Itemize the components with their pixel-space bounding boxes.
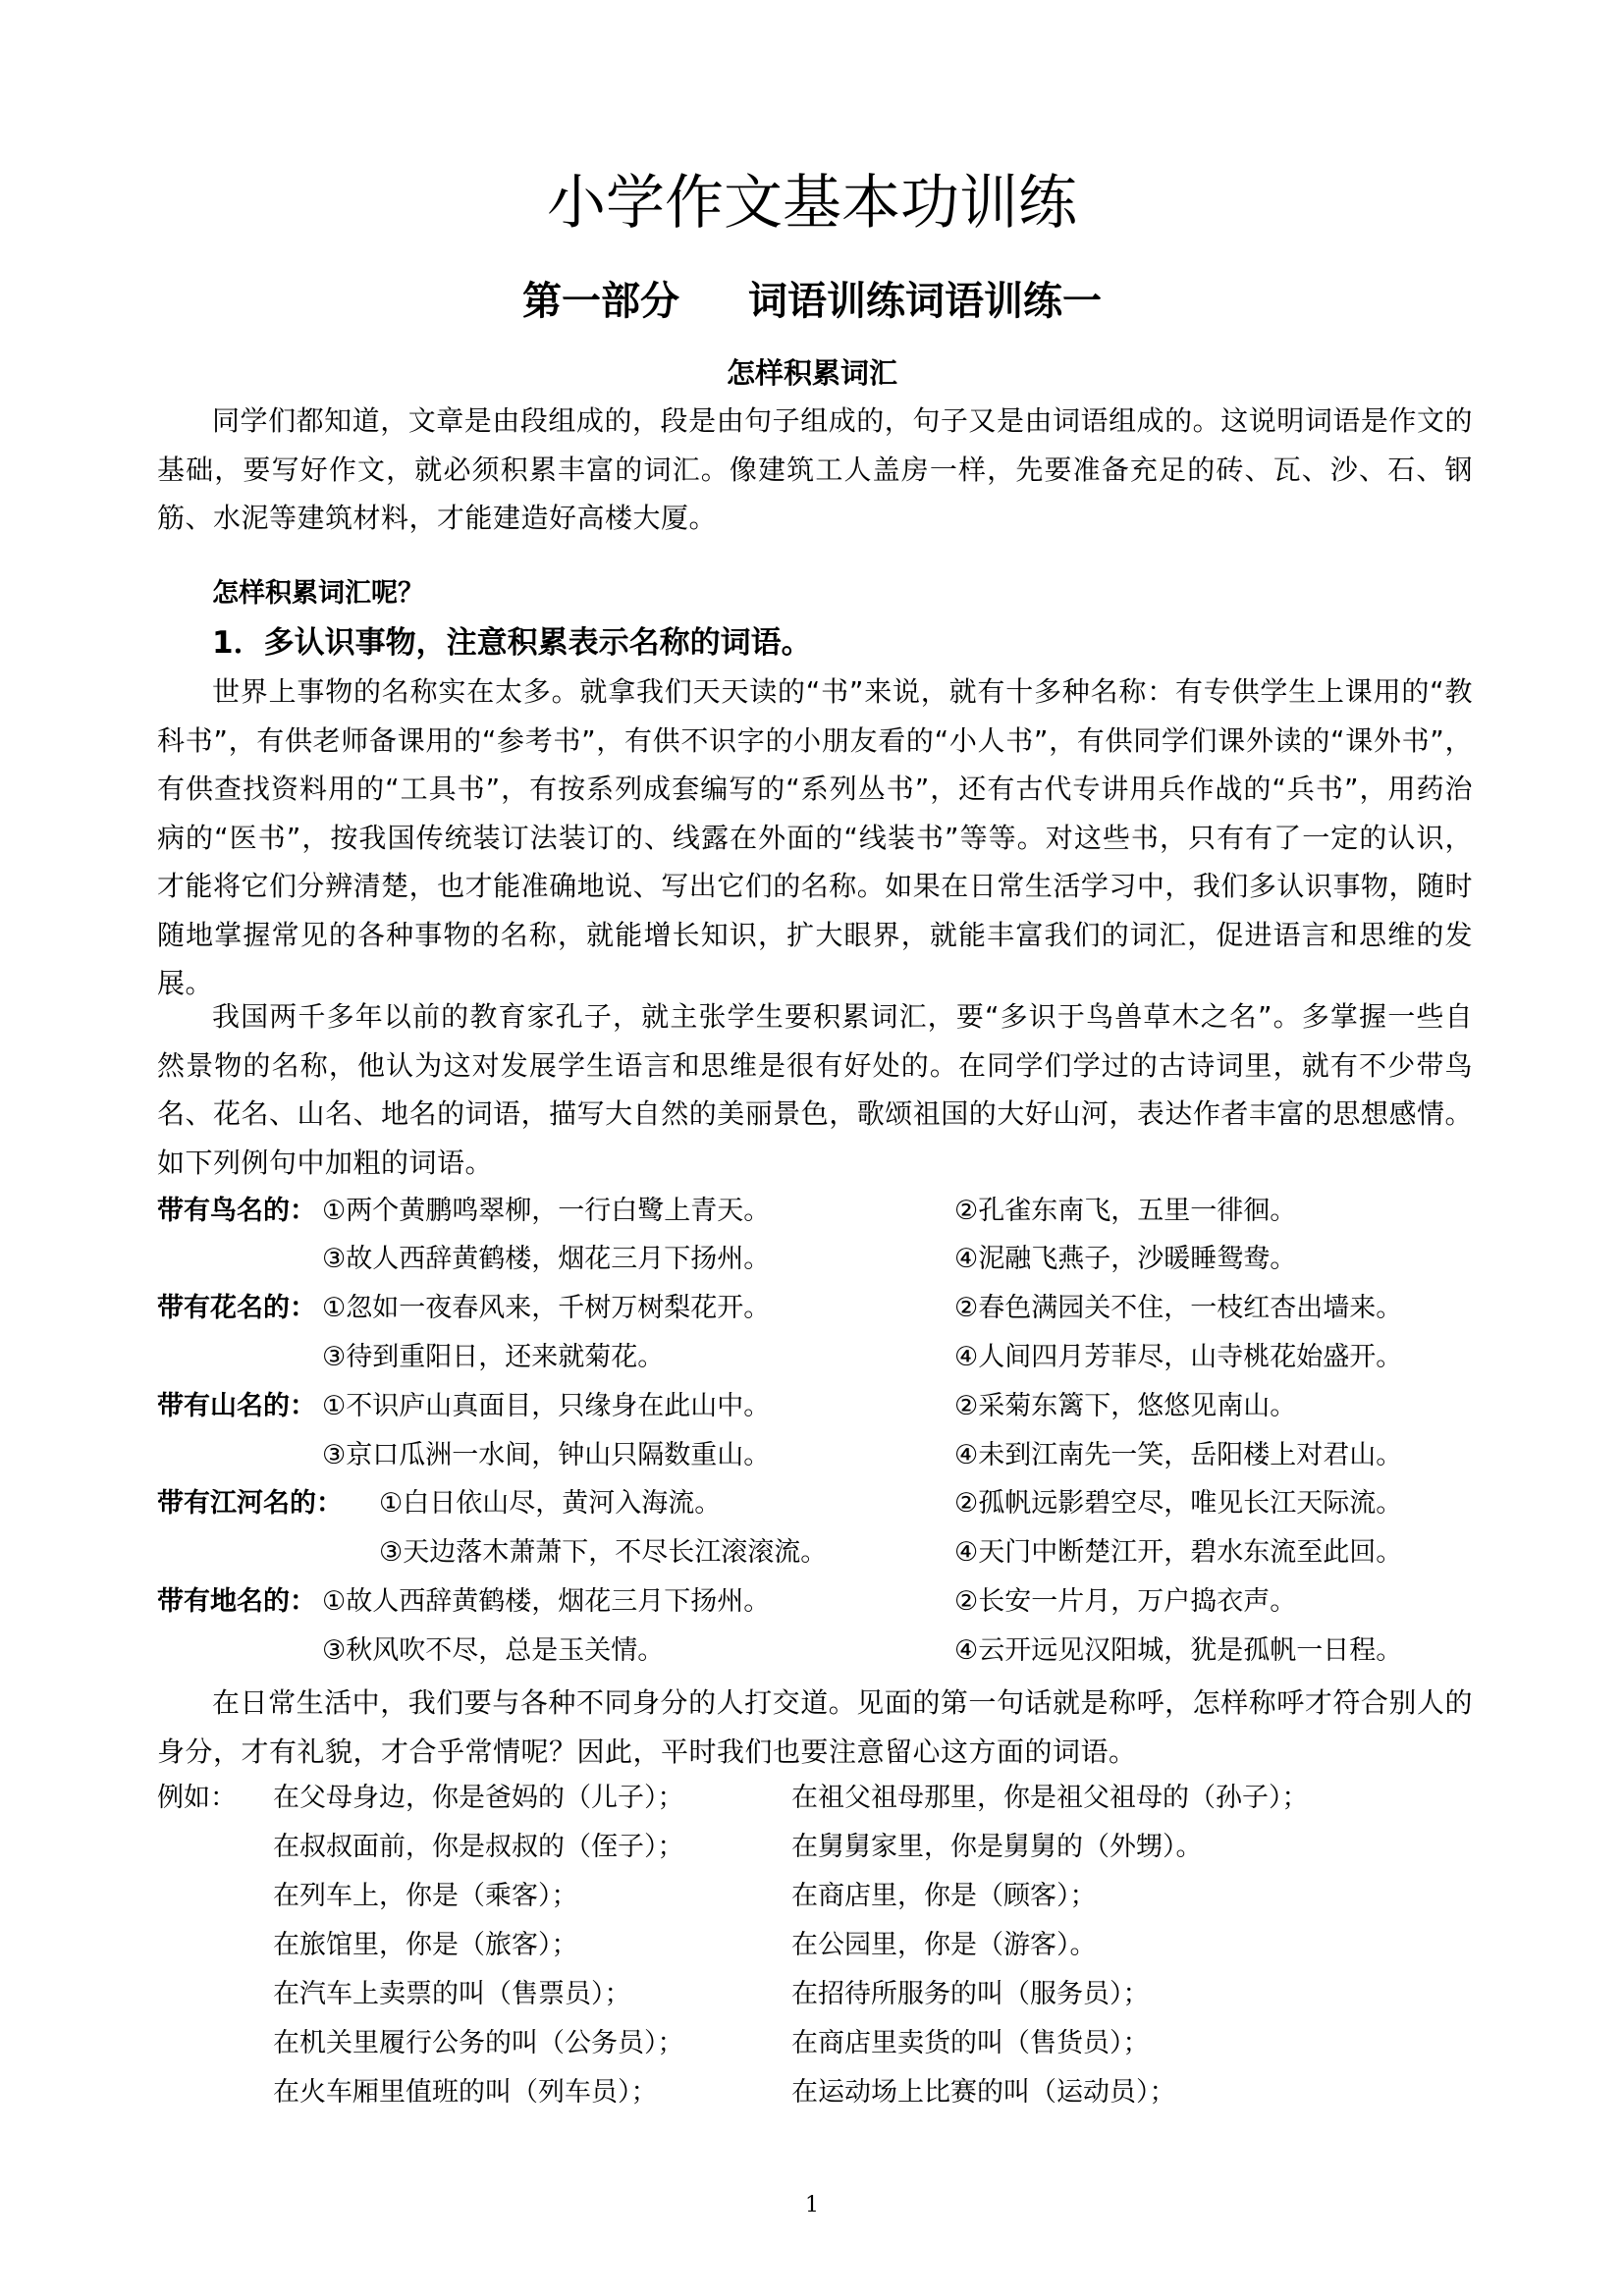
address-row: 在叔叔面前，你是叔叔的（侄子）； 在舅舅家里，你是舅舅的（外甥）。 [157,1823,1473,1871]
address-paragraph: 在日常生活中，我们要与各种不同身分的人打交道。见面的第一句话就是称呼，怎样称呼才… [157,1679,1473,1776]
address-row: 在旅馆里，你是（旅客）； 在公园里，你是（游客）。 [157,1921,1473,1969]
address-row: 在列车上，你是（乘客）； 在商店里，你是（顾客）； [157,1872,1473,1920]
address-right: 在商店里，你是（顾客）； [791,1872,1097,1920]
example-right: ④未到江南先一笑，岳阳楼上对君山。 [954,1431,1402,1479]
section-heading: 怎样积累词汇 [0,353,1624,393]
address-right: 在舅舅家里，你是舅舅的（外甥）。 [791,1823,1203,1871]
example-left: ①故人西辞黄鹤楼，烟花三月下扬州。 [322,1577,770,1626]
example-right: ④天门中断楚江开，碧水东流至此回。 [954,1528,1402,1576]
address-row: 在汽车上卖票的叫（售票员）； 在招待所服务的叫（服务员）； [157,1970,1473,2018]
example-right: ④泥融飞燕子，沙暖睡鸳鸯。 [954,1235,1296,1283]
example-row: 带有鸟名的： ①两个黄鹏鸣翠柳，一行白鹭上青天。 ②孔雀东南飞，五里一徘徊。 [157,1187,1473,1235]
address-right: 在运动场上比赛的叫（运动员）； [791,2068,1176,2116]
example-left: ③天边落木萧萧下，不尽长江滚滚流。 [379,1528,827,1576]
example-row: 带有山名的： ①不识庐山真面目，只缘身在此山中。 ②采菊东篱下，悠悠见南山。 [157,1382,1473,1430]
part-heading: 第一部分词语训练词语训练一 [0,277,1624,326]
address-left: 在父母身边，你是爸妈的（儿子）； [273,1774,684,1822]
document-title: 小学作文基本功训练 [0,169,1624,238]
example-left: ③京口瓜洲一水间，钟山只隔数重山。 [322,1431,770,1479]
address-left: 在旅馆里，你是（旅客）； [273,1921,578,1969]
example-row: ③天边落木萧萧下，不尽长江滚滚流。 ④天门中断楚江开，碧水东流至此回。 [157,1528,1473,1576]
example-right: ④人间四月芳菲尽，山寺桃花始盛开。 [954,1333,1402,1381]
address-left: 在列车上，你是（乘客）； [273,1872,578,1920]
address-row: 在火车厢里值班的叫（列车员）； 在运动场上比赛的叫（运动员）； [157,2068,1473,2116]
example-left: ①不识庐山真面目，只缘身在此山中。 [322,1382,770,1430]
address-row: 例如： 在父母身边，你是爸妈的（儿子）； 在祖父祖母那里，你是祖父祖母的（孙子）… [157,1774,1473,1822]
intro-paragraph: 同学们都知道，文章是由段组成的，段是由句子组成的，句子又是由词语组成的。这说明词… [157,397,1473,543]
example-row: ③故人西辞黄鹤楼，烟花三月下扬州。 ④泥融飞燕子，沙暖睡鸳鸯。 [157,1235,1473,1283]
address-row: 在机关里履行公务的叫（公务员）； 在商店里卖货的叫（售货员）； [157,2019,1473,2067]
example-row: ③秋风吹不尽，总是玉关情。 ④云开远见汉阳城，犹是孤帆一日程。 [157,1627,1473,1675]
address-left: 在火车厢里值班的叫（列车员）； [273,2068,658,2116]
example-left: ③待到重阳日，还来就菊花。 [322,1333,664,1381]
part-heading-topic: 词语训练词语训练一 [748,279,1102,324]
address-label: 例如： [157,1774,237,1822]
example-label: 带有花名的： [157,1284,316,1332]
example-right: ②孤帆远影碧空尽，唯见长江天际流。 [954,1479,1402,1527]
point-1-heading: 1．多认识事物，注意积累表示名称的词语。 [212,620,812,666]
page-number: 1 [0,2191,1624,2220]
example-right: ②采菊东篱下，悠悠见南山。 [954,1382,1296,1430]
example-label: 带有山名的： [157,1382,316,1430]
address-right: 在商店里卖货的叫（售货员）； [791,2019,1150,2067]
address-right: 在公园里，你是（游客）。 [791,1921,1097,1969]
part-heading-number: 第一部分 [522,279,679,324]
example-left: ①白日依山尽，黄河入海流。 [379,1479,721,1527]
address-right: 在祖父祖母那里，你是祖父祖母的（孙子）； [791,1774,1309,1822]
example-right: ②春色满园关不住，一枝红杏出墙来。 [954,1284,1402,1332]
example-row: 带有地名的： ①故人西辞黄鹤楼，烟花三月下扬州。 ②长安一片月，万户捣衣声。 [157,1577,1473,1626]
example-row: 带有江河名的： ①白日依山尽，黄河入海流。 ②孤帆远影碧空尽，唯见长江天际流。 [157,1479,1473,1527]
example-label: 带有江河名的： [157,1479,343,1527]
example-row: ③京口瓜洲一水间，钟山只隔数重山。 ④未到江南先一笑，岳阳楼上对君山。 [157,1431,1473,1479]
question-heading: 怎样积累词汇呢？ [212,574,424,614]
address-left: 在机关里履行公务的叫（公务员）； [273,2019,684,2067]
address-left: 在叔叔面前，你是叔叔的（侄子）； [273,1823,684,1871]
confucius-paragraph: 我国两千多年以前的教育家孔子，就主张学生要积累词汇，要“多识于鸟兽草木之名”。多… [157,992,1473,1187]
address-left: 在汽车上卖票的叫（售票员）； [273,1970,631,2018]
example-right: ②孔雀东南飞，五里一徘徊。 [954,1187,1296,1235]
example-right: ②长安一片月，万户捣衣声。 [954,1577,1296,1626]
example-left: ①两个黄鹏鸣翠柳，一行白鹭上青天。 [322,1187,770,1235]
example-right: ④云开远见汉阳城，犹是孤帆一日程。 [954,1627,1402,1675]
address-right: 在招待所服务的叫（服务员）； [791,1970,1150,2018]
example-label: 带有鸟名的： [157,1187,316,1235]
example-left: ③故人西辞黄鹤楼，烟花三月下扬州。 [322,1235,770,1283]
example-label: 带有地名的： [157,1577,316,1626]
example-left: ①忽如一夜春风来，千树万树梨花开。 [322,1284,770,1332]
books-paragraph: 世界上事物的名称实在太多。就拿我们天天读的“书”来说，就有十多种名称：有专供学生… [157,667,1473,1008]
example-row: 带有花名的： ①忽如一夜春风来，千树万树梨花开。 ②春色满园关不住，一枝红杏出墙… [157,1284,1473,1332]
example-row: ③待到重阳日，还来就菊花。 ④人间四月芳菲尽，山寺桃花始盛开。 [157,1333,1473,1381]
example-left: ③秋风吹不尽，总是玉关情。 [322,1627,664,1675]
